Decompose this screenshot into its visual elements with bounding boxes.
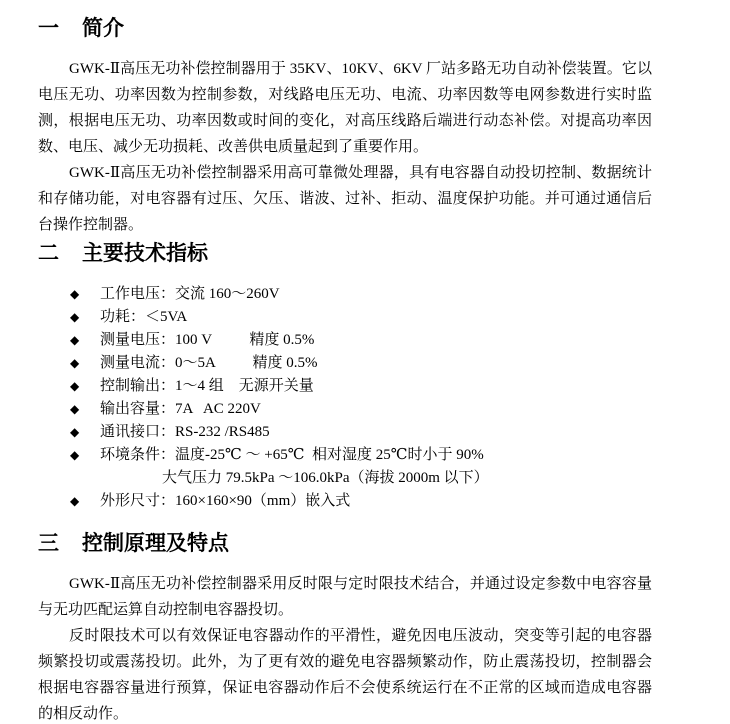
bullet-value: 0～5A 精度 0.5%	[175, 355, 318, 371]
bullet-label: 控制输出：	[100, 378, 175, 394]
spec-item-output-capacity: ◆ 输出容量：7A AC 220V	[70, 398, 652, 421]
bullet-label: 外形尺寸：	[100, 493, 175, 509]
diamond-bullet-icon: ◆	[70, 375, 100, 398]
bullet-value: 100 V 精度 0.5%	[175, 332, 314, 348]
bullet-value-continuation: 大气压力 79.5kPa ～106.0kPa（海拔 2000m 以下）	[100, 467, 652, 490]
bullet-label: 工作电压：	[100, 286, 175, 302]
diamond-bullet-icon: ◆	[70, 306, 100, 329]
bullet-value: 温度-25℃ ～ +65℃ 相对湿度 25℃时小于 90%	[175, 447, 484, 463]
bullet-value: 160×160×90（mm）嵌入式	[175, 493, 350, 509]
intro-paragraph-1: GWK-Ⅱ高压无功补偿控制器用于 35KV、10KV、6KV 厂站多路无功自动补…	[38, 56, 652, 160]
bullet-value: 7A AC 220V	[175, 401, 261, 417]
diamond-bullet-icon: ◆	[70, 444, 100, 490]
diamond-bullet-icon: ◆	[70, 329, 100, 352]
diamond-bullet-icon: ◆	[70, 352, 100, 375]
spec-item-measure-current: ◆ 测量电流：0～5A 精度 0.5%	[70, 352, 652, 375]
section-specs-heading: 二 主要技术指标	[38, 238, 652, 268]
spec-item-comm-interface: ◆ 通讯接口：RS-232 /RS485	[70, 421, 652, 444]
bullet-value: 1～4 组 无源开关量	[175, 378, 314, 394]
spec-item-working-voltage: ◆ 工作电压：交流 160～260V	[70, 283, 652, 306]
diamond-bullet-icon: ◆	[70, 421, 100, 444]
diamond-bullet-icon: ◆	[70, 398, 100, 421]
principle-paragraph-1: GWK-Ⅱ高压无功补偿控制器采用反时限与定时限技术结合，并通过设定参数中电容容量…	[38, 571, 652, 623]
section-intro: 一 简介 GWK-Ⅱ高压无功补偿控制器用于 35KV、10KV、6KV 厂站多路…	[38, 13, 652, 238]
spec-item-measure-voltage: ◆ 测量电压：100 V 精度 0.5%	[70, 329, 652, 352]
intro-paragraph-2: GWK-Ⅱ高压无功补偿控制器采用高可靠微处理器，具有电容器自动投切控制、数据统计…	[38, 160, 652, 238]
section-principle-heading: 三 控制原理及特点	[38, 528, 652, 558]
section-title: 主要技术指标	[82, 238, 208, 268]
spec-bullet-list: ◆ 工作电压：交流 160～260V ◆ 功耗：＜5VA ◆ 测量电压：100 …	[38, 283, 652, 513]
bullet-label: 测量电压：	[100, 332, 175, 348]
bullet-value: 交流 160～260V	[175, 286, 280, 302]
bullet-label: 通讯接口：	[100, 424, 175, 440]
spec-item-dimensions: ◆ 外形尺寸：160×160×90（mm）嵌入式	[70, 490, 652, 513]
section-number: 一	[38, 13, 82, 43]
section-intro-heading: 一 简介	[38, 13, 652, 43]
section-title: 简介	[82, 13, 124, 43]
bullet-label: 功耗：	[100, 309, 145, 325]
bullet-value: ＜5VA	[145, 309, 187, 325]
bullet-label: 输出容量：	[100, 401, 175, 417]
section-number: 三	[38, 528, 82, 558]
spec-item-control-output: ◆ 控制输出：1～4 组 无源开关量	[70, 375, 652, 398]
document-page: 一 简介 GWK-Ⅱ高压无功补偿控制器用于 35KV、10KV、6KV 厂站多路…	[0, 0, 730, 724]
diamond-bullet-icon: ◆	[70, 283, 100, 306]
bullet-label: 环境条件：	[100, 447, 175, 463]
diamond-bullet-icon: ◆	[70, 490, 100, 513]
bullet-label: 测量电流：	[100, 355, 175, 371]
section-number: 二	[38, 238, 82, 268]
bullet-value: RS-232 /RS485	[175, 424, 270, 440]
spec-item-power-consumption: ◆ 功耗：＜5VA	[70, 306, 652, 329]
section-specs: 二 主要技术指标 ◆ 工作电压：交流 160～260V ◆ 功耗：＜5VA ◆ …	[38, 238, 652, 513]
section-title: 控制原理及特点	[82, 528, 229, 558]
section-principle: 三 控制原理及特点 GWK-Ⅱ高压无功补偿控制器采用反时限与定时限技术结合，并通…	[38, 528, 652, 724]
spec-item-environment: ◆ 环境条件：温度-25℃ ～ +65℃ 相对湿度 25℃时小于 90%大气压力…	[70, 444, 652, 490]
principle-paragraph-2: 反时限技术可以有效保证电容器动作的平滑性，避免因电压波动，突变等引起的电容器频繁…	[38, 623, 652, 724]
